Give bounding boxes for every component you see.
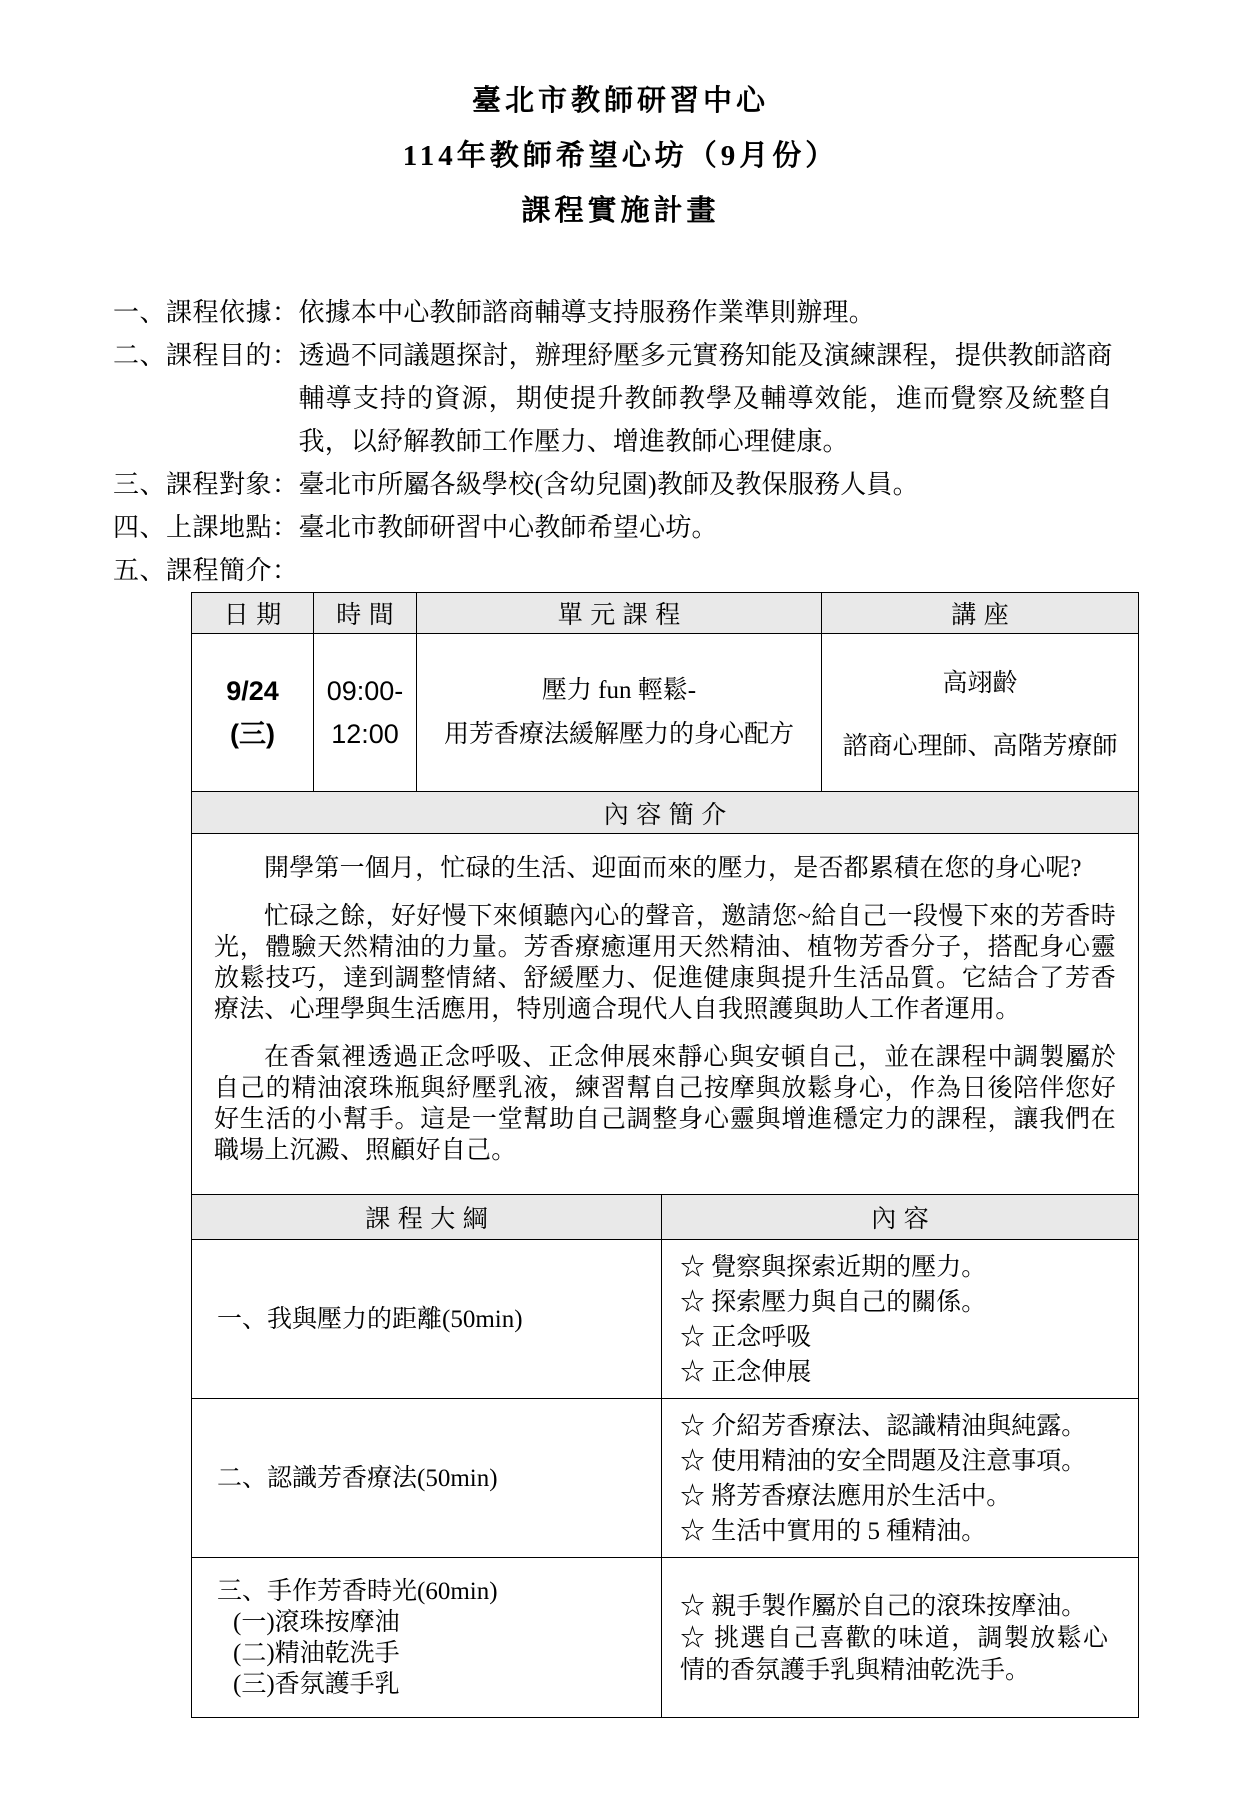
lecturer-credentials: 諮商心理師、高階芳療師 xyxy=(822,726,1138,762)
lecturer-name: 高翊齡 xyxy=(822,663,1138,699)
course-cell: 壓力 fun 輕鬆- 用芳香療法緩解壓力的身心配方 xyxy=(417,634,822,792)
time-cell: 09:00- 12:00 xyxy=(314,634,417,792)
lecturer-cell: 高翊齡 諮商心理師、高階芳療師 xyxy=(822,634,1139,792)
info-text: 透過不同議題探討，辦理紓壓多元實務知能及演練課程，提供教師諮商輔導支持的資源，期… xyxy=(299,334,1113,463)
items-cell: ☆ 親手製作屬於自己的滾珠按摩油。 ☆ 挑選自己喜歡的味道，調製放鬆心情的香氛護… xyxy=(662,1558,1139,1718)
program-title: 114年教師希望心坊（9月份） xyxy=(0,129,1241,184)
header-content: 內容 xyxy=(662,1195,1139,1240)
schedule-data-row: 9/24 (三) 09:00- 12:00 壓力 fun 輕鬆- 用芳香療法緩解… xyxy=(192,634,1139,792)
time-start: 09:00- xyxy=(314,670,416,713)
header-outline: 課程大綱 xyxy=(192,1195,662,1240)
outline-row-1: 一、我與壓力的距離(50min) ☆ 覺察與探索近期的壓力。 ☆ 探索壓力與自己… xyxy=(192,1240,1139,1399)
content-item: ☆ 生活中實用的 5 種精油。 xyxy=(680,1514,1108,1549)
items-cell: ☆ 介紹芳香療法、認識精油與純露。 ☆ 使用精油的安全問題及注意事項。 ☆ 將芳… xyxy=(662,1399,1139,1558)
items-cell: ☆ 覺察與探索近期的壓力。 ☆ 探索壓力與自己的關係。 ☆ 正念呼吸 ☆ 正念伸… xyxy=(662,1240,1139,1399)
info-text: 臺北市所屬各級學校(含幼兒園)教師及教保服務人員。 xyxy=(299,463,1113,506)
info-list: 一、課程依據： 依據本中心教師諮商輔導支持服務作業準則辦理。 二、課程目的： 透… xyxy=(113,291,1127,592)
date-cell: 9/24 (三) xyxy=(192,634,314,792)
topic-line: 三、手作芳香時光(60min) xyxy=(217,1576,651,1607)
course-title-line1: 壓力 fun 輕鬆- xyxy=(417,669,821,713)
content-item: ☆ 挑選自己喜歡的味道，調製放鬆心情的香氛護手乳與精油乾洗手。 xyxy=(680,1623,1108,1687)
outline-table: 課程大綱 內容 一、我與壓力的距離(50min) ☆ 覺察與探索近期的壓力。 ☆… xyxy=(191,1194,1139,1718)
content-item: ☆ 覺察與探索近期的壓力。 xyxy=(680,1250,1108,1285)
intro-body-row: 開學第一個月，忙碌的生活、迎面而來的壓力，是否都累積在您的身心呢? 忙碌之餘，好… xyxy=(192,834,1139,1196)
info-label: 一、課程依據： xyxy=(113,291,299,334)
content-item: ☆ 介紹芳香療法、認識精油與純露。 xyxy=(680,1409,1108,1444)
info-item-intro: 五、課程簡介： xyxy=(113,549,1127,592)
info-label: 四、上課地點： xyxy=(113,506,299,549)
info-text: 臺北市教師研習中心教師希望心坊。 xyxy=(299,506,1113,549)
topic-subline: (一)滾珠按摩油 xyxy=(217,1607,651,1638)
plan-title: 課程實施計畫 xyxy=(0,184,1241,239)
content-item: ☆ 探索壓力與自己的關係。 xyxy=(680,1285,1108,1320)
content-item: ☆ 將芳香療法應用於生活中。 xyxy=(680,1479,1108,1514)
info-item-basis: 一、課程依據： 依據本中心教師諮商輔導支持服務作業準則辦理。 xyxy=(113,291,1127,334)
topic-cell: 二、認識芳香療法(50min) xyxy=(192,1399,662,1558)
document-page: 臺北市教師研習中心 114年教師希望心坊（9月份） 課程實施計畫 一、課程依據：… xyxy=(0,0,1241,1807)
info-label: 五、課程簡介： xyxy=(113,549,299,592)
info-item-location: 四、上課地點： 臺北市教師研習中心教師希望心坊。 xyxy=(113,506,1127,549)
info-item-audience: 三、課程對象： 臺北市所屬各級學校(含幼兒園)教師及教保服務人員。 xyxy=(113,463,1127,506)
title-block: 臺北市教師研習中心 114年教師希望心坊（9月份） 課程實施計畫 xyxy=(0,0,1241,239)
outline-row-2: 二、認識芳香療法(50min) ☆ 介紹芳香療法、認識精油與純露。 ☆ 使用精油… xyxy=(192,1399,1139,1558)
intro-paragraph-2: 忙碌之餘，好好慢下來傾聽內心的聲音，邀請您~給自己一段慢下來的芳香時光，體驗天然… xyxy=(214,901,1116,1025)
topic-cell: 一、我與壓力的距離(50min) xyxy=(192,1240,662,1399)
header-time: 時間 xyxy=(314,593,417,634)
content-item: ☆ 正念呼吸 xyxy=(680,1320,1108,1355)
topic-cell: 三、手作芳香時光(60min) (一)滾珠按摩油 (二)精油乾洗手 (三)香氛護… xyxy=(192,1558,662,1718)
content-item: ☆ 使用精油的安全問題及注意事項。 xyxy=(680,1444,1108,1479)
topic-subline: (三)香氛護手乳 xyxy=(217,1669,651,1700)
course-title-line2: 用芳香療法緩解壓力的身心配方 xyxy=(417,713,821,757)
intro-header: 內容簡介 xyxy=(192,792,1139,834)
content-item: ☆ 親手製作屬於自己的滾珠按摩油。 xyxy=(680,1591,1108,1623)
topic-subline: (二)精油乾洗手 xyxy=(217,1638,651,1669)
intro-content-cell: 開學第一個月，忙碌的生活、迎面而來的壓力，是否都累積在您的身心呢? 忙碌之餘，好… xyxy=(192,834,1139,1196)
info-item-purpose: 二、課程目的： 透過不同議題探討，辦理紓壓多元實務知能及演練課程，提供教師諮商輔… xyxy=(113,334,1127,463)
time-end: 12:00 xyxy=(314,713,416,756)
intro-header-row: 內容簡介 xyxy=(192,792,1139,834)
date-value: 9/24 xyxy=(192,670,313,713)
schedule-header-row: 日期 時間 單元課程 講座 xyxy=(192,593,1139,634)
info-label: 三、課程對象： xyxy=(113,463,299,506)
intro-paragraph-3: 在香氣裡透過正念呼吸、正念伸展來靜心與安頓自己，並在課程中調製屬於自己的精油滾珠… xyxy=(214,1042,1116,1166)
content-item: ☆ 正念伸展 xyxy=(680,1355,1108,1390)
header-course: 單元課程 xyxy=(417,593,822,634)
header-date: 日期 xyxy=(192,593,314,634)
topic-line: 一、我與壓力的距離(50min) xyxy=(217,1304,651,1335)
schedule-table: 日期 時間 單元課程 講座 9/24 (三) 09:00- 12:00 壓力 f… xyxy=(191,592,1139,1196)
info-label: 二、課程目的： xyxy=(113,334,299,463)
header-lecturer: 講座 xyxy=(822,593,1139,634)
outline-row-3: 三、手作芳香時光(60min) (一)滾珠按摩油 (二)精油乾洗手 (三)香氛護… xyxy=(192,1558,1139,1718)
info-text xyxy=(299,549,1113,592)
outline-header-row: 課程大綱 內容 xyxy=(192,1195,1139,1240)
topic-line: 二、認識芳香療法(50min) xyxy=(217,1463,651,1494)
intro-paragraph-1: 開學第一個月，忙碌的生活、迎面而來的壓力，是否都累積在您的身心呢? xyxy=(214,853,1116,884)
info-text: 依據本中心教師諮商輔導支持服務作業準則辦理。 xyxy=(299,291,1113,334)
date-weekday: (三) xyxy=(192,713,313,756)
org-title: 臺北市教師研習中心 xyxy=(0,74,1241,129)
